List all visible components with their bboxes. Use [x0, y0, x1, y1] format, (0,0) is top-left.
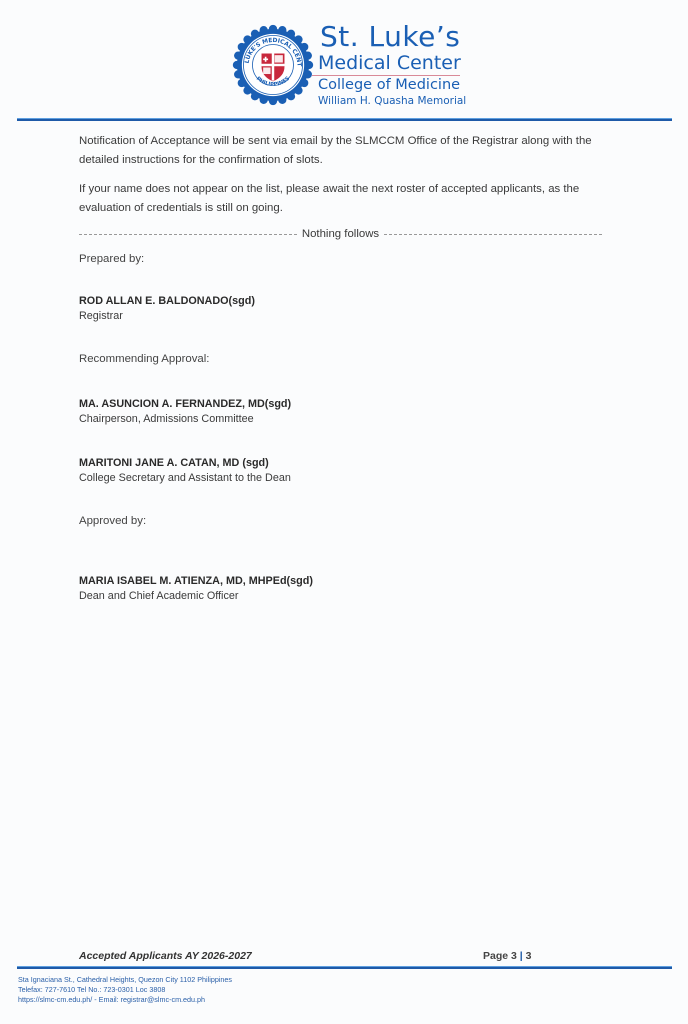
- notification-paragraph: Notification of Acceptance will be sent …: [79, 132, 619, 170]
- recommending-approval-label: Recommending Approval:: [79, 353, 209, 365]
- page-label: Page 3: [483, 950, 517, 962]
- signatory-name: ROD ALLAN E. BALDONADO(sgd): [79, 295, 255, 307]
- signatory-title: Registrar: [79, 310, 123, 322]
- signatory-name: MARITONI JANE A. CATAN, MD (sgd): [79, 457, 269, 469]
- footer-web-email: https://slmc-cm.edu.ph/ - Email: registr…: [18, 995, 205, 1004]
- page-total: 3: [526, 950, 532, 962]
- signatory-title: Chairperson, Admissions Committee: [79, 413, 254, 425]
- nothing-follows-text: Nothing follows: [297, 228, 384, 240]
- dashed-line: [384, 234, 602, 235]
- institution-logo: ST. LUKE'S MEDICAL CENTER PHILIPPINES St…: [232, 22, 472, 112]
- logo-memorial: William H. Quasha Memorial: [318, 95, 466, 107]
- footer-phone: Telefax: 727-7610 Tel No.: 723-0301 Loc …: [18, 985, 165, 994]
- approved-by-label: Approved by:: [79, 515, 146, 527]
- footer-address: Sta Ignaciana St., Cathedral Heights, Qu…: [18, 975, 232, 984]
- signatory-title: Dean and Chief Academic Officer: [79, 590, 238, 602]
- logo-subname: Medical Center: [318, 52, 461, 74]
- page-separator: |: [520, 950, 523, 962]
- document-title: Accepted Applicants AY 2026-2027: [79, 950, 252, 962]
- nothing-follows-divider: Nothing follows: [79, 226, 602, 242]
- footer-divider: [17, 966, 672, 969]
- prepared-by-label: Prepared by:: [79, 253, 144, 265]
- document-page: ST. LUKE'S MEDICAL CENTER PHILIPPINES St…: [0, 0, 688, 1024]
- logo-college: College of Medicine: [318, 77, 460, 93]
- logo-name: St. Luke’s: [320, 20, 460, 53]
- signatory-title: College Secretary and Assistant to the D…: [79, 472, 291, 484]
- signatory-name: MARIA ISABEL M. ATIENZA, MD, MHPEd(sgd): [79, 575, 313, 587]
- dashed-line: [79, 234, 297, 235]
- page-number: Page 3 | 3: [483, 950, 532, 962]
- seal-icon: ST. LUKE'S MEDICAL CENTER PHILIPPINES: [232, 24, 314, 106]
- header-divider: [17, 118, 672, 121]
- signatory-name: MA. ASUNCION A. FERNANDEZ, MD(sgd): [79, 398, 291, 410]
- logo-divider: [312, 75, 460, 76]
- pending-paragraph: If your name does not appear on the list…: [79, 180, 619, 218]
